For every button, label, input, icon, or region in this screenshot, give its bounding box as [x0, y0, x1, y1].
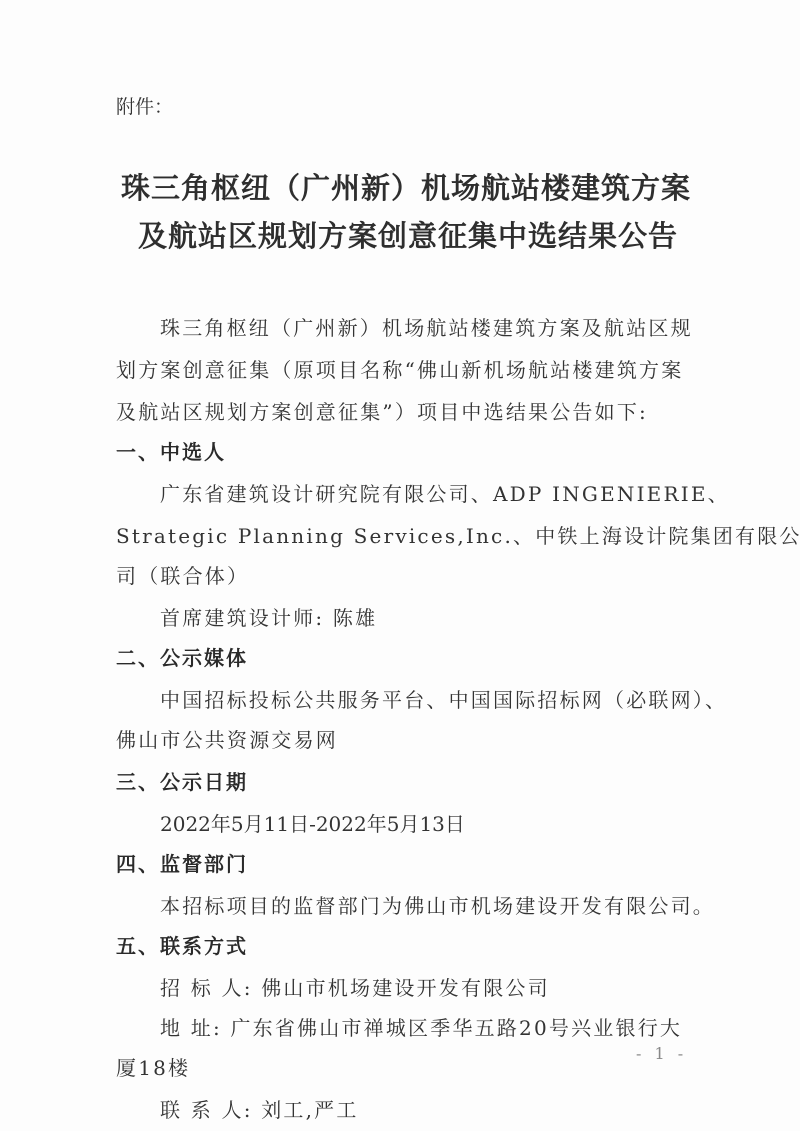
winner-line-3: 司（联合体） — [116, 560, 249, 589]
media-line-1: 中国招标投标公共服务平台、中国国际招标网（必联网）、 — [160, 684, 727, 713]
intro-line-1: 珠三角枢纽（广州新）机场航站楼建筑方案及航站区规 — [160, 312, 693, 341]
contact-person: 联 系 人: 刘工,严工 — [160, 1094, 359, 1123]
section-heading-supervision: 四、监督部门 — [116, 848, 248, 877]
section-heading-contact: 五、联系方式 — [116, 930, 248, 959]
chief-architect: 首席建筑设计师: 陈雄 — [160, 602, 377, 631]
document-title-line-2: 及航站区规划方案创意征集中选结果公告 — [8, 214, 800, 255]
section-heading-media: 二、公示媒体 — [116, 642, 248, 671]
attachment-label: 附件： — [116, 92, 173, 119]
intro-line-3: 及航站区规划方案创意征集”）项目中选结果公告如下: — [116, 396, 648, 425]
contact-address-line-2: 厦18楼 — [116, 1052, 190, 1081]
supervision-text: 本招标项目的监督部门为佛山市机场建设开发有限公司。 — [160, 890, 715, 919]
winner-line-1: 广东省建筑设计研究院有限公司、ADP INGENIERIE、 — [160, 478, 730, 507]
publicity-dates: 2022年5月11日-2022年5月13日 — [160, 808, 465, 837]
document-page: 附件： 珠三角枢纽（广州新）机场航站楼建筑方案 及航站区规划方案创意征集中选结果… — [0, 0, 800, 1131]
section-heading-winner: 一、中选人 — [116, 436, 226, 465]
media-line-2: 佛山市公共资源交易网 — [116, 724, 338, 753]
winner-line-2: Strategic Planning Services,Inc.、中铁上海设计院… — [116, 520, 800, 549]
document-title-line-1: 珠三角枢纽（广州新）机场航站楼建筑方案 — [6, 166, 800, 207]
page-number: - 1 - — [636, 1044, 687, 1063]
section-heading-dates: 三、公示日期 — [116, 766, 248, 795]
intro-line-2: 划方案创意征集（原项目名称“佛山新机场航站楼建筑方案 — [116, 354, 683, 383]
contact-address-line-1: 地 址: 广东省佛山市禅城区季华五路20号兴业银行大 — [160, 1012, 682, 1041]
contact-tenderer: 招 标 人: 佛山市机场建设开发有限公司 — [160, 972, 550, 1001]
